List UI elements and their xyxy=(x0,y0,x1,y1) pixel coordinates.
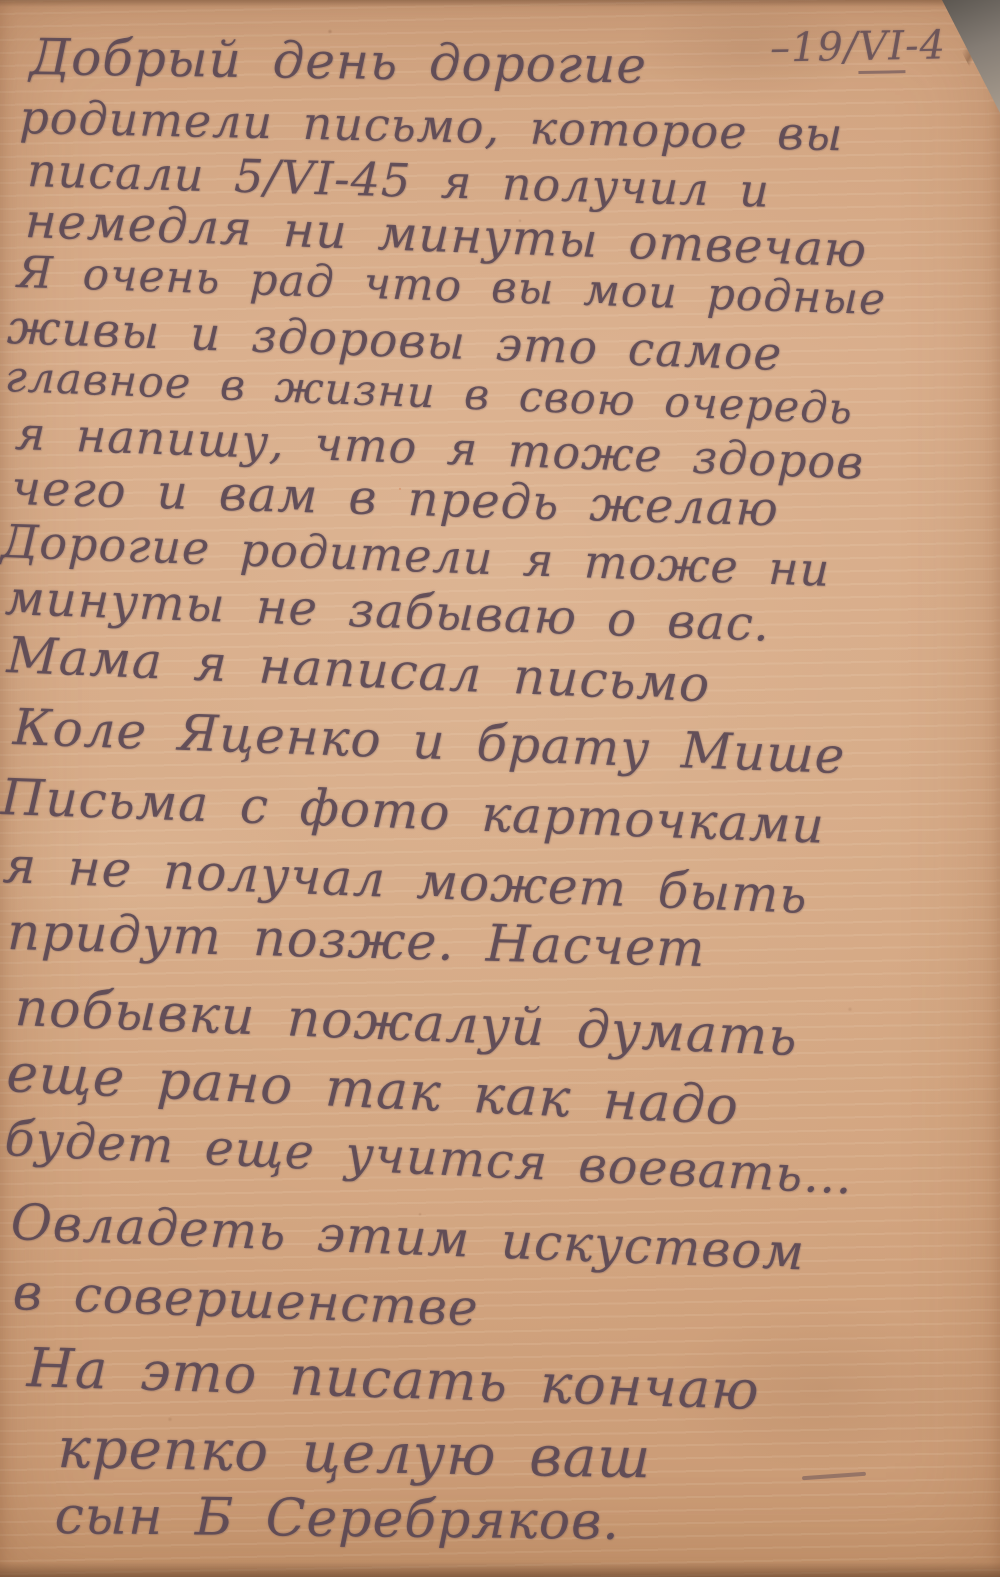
letter-line: Добрый день дорогие xyxy=(29,28,647,95)
letter-date: –19/VI-4 xyxy=(770,22,947,71)
bottom-edge-shadow xyxy=(0,1562,1000,1577)
date-month: VI xyxy=(858,23,906,74)
date-day: –19/ xyxy=(770,24,859,72)
letter-scan: –19/VI-4 Добрый день дорогиеродители пис… xyxy=(0,0,1000,1577)
letter-line: сын Б Серебряков. xyxy=(54,1486,620,1552)
date-year: -4 xyxy=(905,22,947,69)
letter-line: крепко целую ваш xyxy=(57,1416,652,1491)
